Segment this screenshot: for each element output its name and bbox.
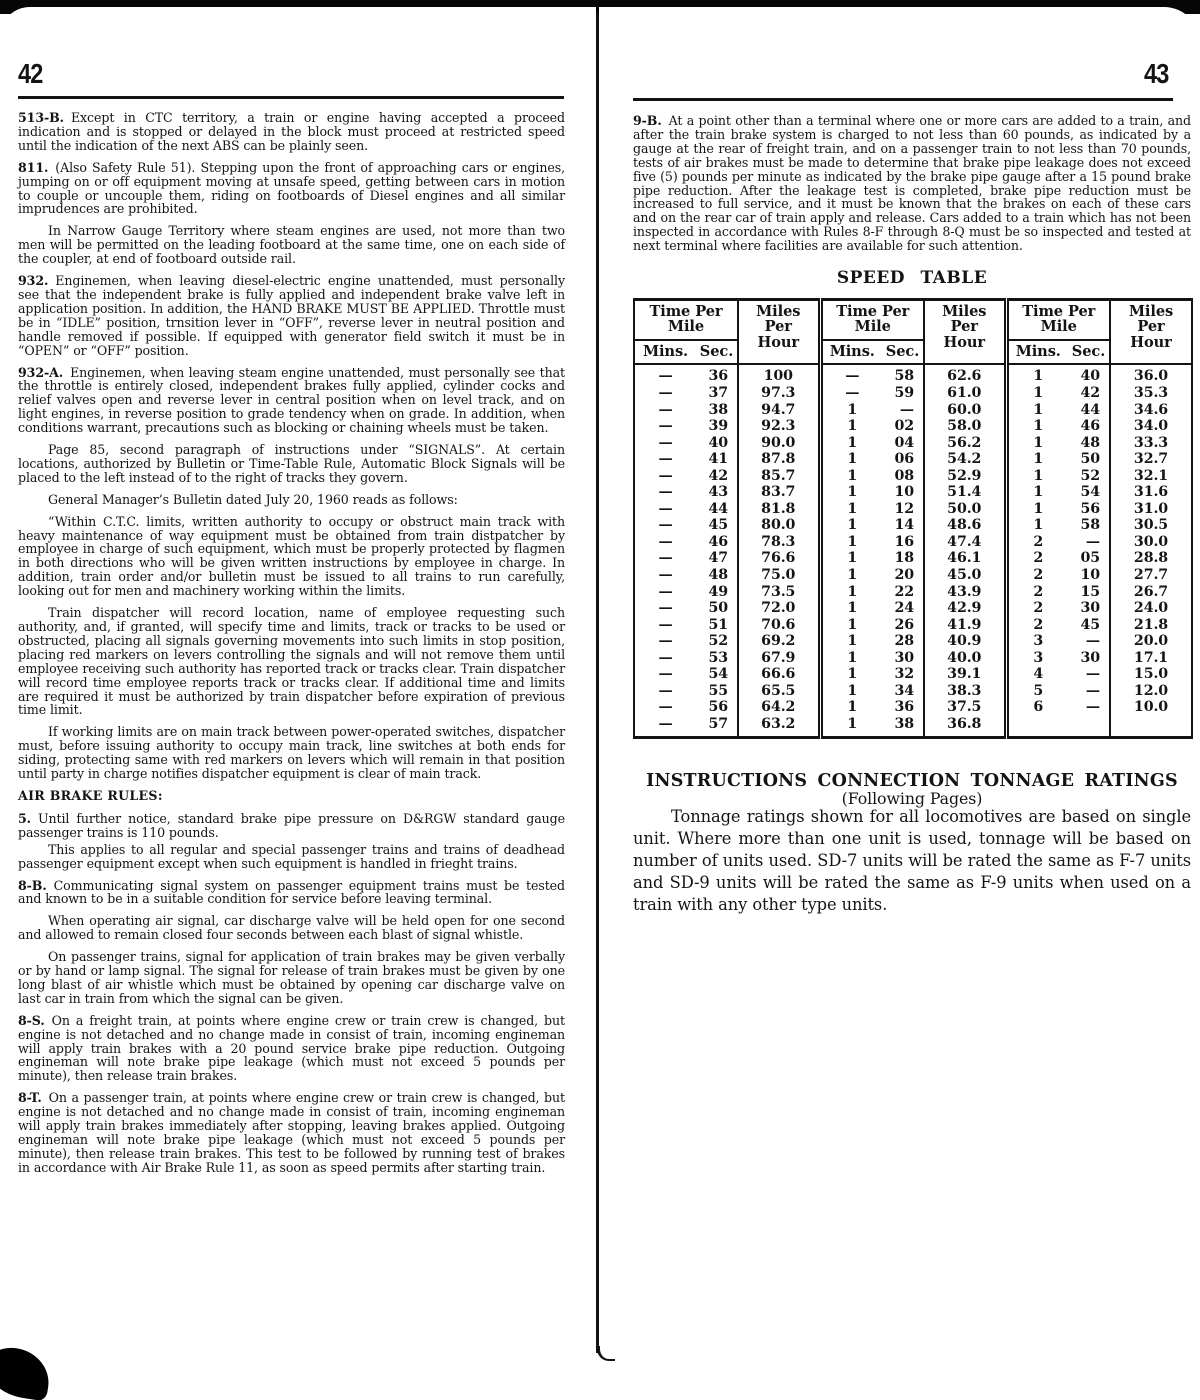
table-cell: 48 — [696, 567, 738, 584]
table-cell: 1 — [1006, 468, 1068, 485]
speed-table: Time PerMile MilesPerHour Time PerMile M… — [633, 298, 1193, 739]
table-cell: 64.2 — [738, 699, 820, 716]
col-header-miles-per-hour: MilesPerHour — [1110, 299, 1192, 364]
table-cell: 53 — [696, 650, 738, 667]
paragraph: On passenger trains, signal for applicat… — [18, 950, 565, 1006]
table-cell: 21.8 — [1110, 617, 1192, 634]
table-cell: 1 — [1006, 451, 1068, 468]
table-cell: — — [634, 567, 696, 584]
rule-number: 932. — [18, 273, 55, 288]
table-cell: — — [634, 666, 696, 683]
table-cell: 47 — [696, 550, 738, 567]
table-cell: 36 — [882, 699, 924, 716]
table-cell: 52 — [1068, 468, 1110, 485]
instructions-paragraph: Tonnage ratings shown for all locomotive… — [633, 806, 1191, 915]
table-row: —5367.913040.033017.1 — [634, 650, 1192, 667]
table-row: —4875.012045.021027.7 — [634, 567, 1192, 584]
table-cell: 46.1 — [924, 550, 1006, 567]
table-cell: 28.8 — [1110, 550, 1192, 567]
instructions-subheading: (Following Pages) — [633, 792, 1191, 806]
page-number-right: 43 — [1144, 58, 1168, 90]
table-cell: 52.9 — [924, 468, 1006, 485]
table-cell: — — [634, 584, 696, 601]
table-cell: 80.0 — [738, 517, 820, 534]
table-row: —36100—5862.614036.0 — [634, 364, 1192, 385]
paragraph: If working limits are on main track betw… — [18, 725, 565, 781]
table-cell: 4 — [1006, 666, 1068, 683]
table-cell: — — [1068, 699, 1110, 716]
col-header-miles-per-hour: MilesPerHour — [924, 299, 1006, 364]
table-cell: 10 — [1068, 567, 1110, 584]
paragraph-text: At a point other than a terminal where o… — [633, 113, 1191, 253]
paragraph: “Within C.T.C. limits, written authority… — [18, 515, 565, 598]
rule-number: 811. — [18, 160, 55, 175]
table-cell: 10 — [882, 484, 924, 501]
table-cell: 30 — [882, 650, 924, 667]
table-cell: 3 — [1006, 633, 1068, 650]
table-row: —4973.512243.921526.7 — [634, 584, 1192, 601]
table-cell: 40.0 — [924, 650, 1006, 667]
table-row: —5763.213836.8 — [634, 716, 1192, 737]
table-cell: 36 — [696, 364, 738, 385]
paragraph: Page 85, second paragraph of instruction… — [18, 443, 565, 485]
paragraph: 932.Enginemen, when leaving diesel-elect… — [18, 274, 565, 357]
table-cell: 1 — [820, 484, 882, 501]
table-cell: 40.9 — [924, 633, 1006, 650]
table-row: —4580.011448.615830.5 — [634, 517, 1192, 534]
table-cell: 39.1 — [924, 666, 1006, 683]
page-number-left: 42 — [18, 58, 42, 90]
scanned-book-spread: 42 43 513-B.Except in CTC territory, a t… — [0, 0, 1200, 1400]
table-cell: 32 — [882, 666, 924, 683]
table-cell: 55 — [696, 683, 738, 700]
instructions-heading: INSTRUCTIONS CONNECTION TONNAGE RATINGS — [633, 775, 1191, 789]
table-cell: 30 — [1068, 650, 1110, 667]
table-cell: 12 — [882, 501, 924, 518]
paragraph-text: (Also Safety Rule 51). Stepping upon the… — [18, 160, 565, 217]
paragraph: Train dispatcher will record location, n… — [18, 606, 565, 717]
table-cell: 08 — [882, 468, 924, 485]
paragraph-text: On a freight train, at points where engi… — [18, 1013, 565, 1084]
table-cell: — — [634, 534, 696, 551]
table-cell: 15 — [1068, 584, 1110, 601]
table-cell: — — [634, 385, 696, 402]
paragraph: 8-S.On a freight train, at points where … — [18, 1014, 565, 1084]
table-cell: 15.0 — [1110, 666, 1192, 683]
table-cell: — — [634, 402, 696, 419]
table-cell: 69.2 — [738, 633, 820, 650]
table-cell: 75.0 — [738, 567, 820, 584]
table-cell: 51.4 — [924, 484, 1006, 501]
paragraph-text: Enginemen, when leaving diesel-electric … — [18, 273, 565, 358]
table-cell: 47.4 — [924, 534, 1006, 551]
table-cell: 1 — [820, 418, 882, 435]
table-cell: 83.7 — [738, 484, 820, 501]
paragraph: 9-B.At a point other than a terminal whe… — [633, 114, 1191, 253]
table-cell: 65.5 — [738, 683, 820, 700]
table-cell: 54 — [1068, 484, 1110, 501]
paragraph: 513-B.Except in CTC territory, a train o… — [18, 111, 565, 153]
col-header-sec: Sec. — [696, 340, 738, 365]
table-cell: 37.5 — [924, 699, 1006, 716]
table-cell: — — [634, 501, 696, 518]
table-cell: 46 — [696, 534, 738, 551]
table-cell: 51 — [696, 617, 738, 634]
col-header-sec: Sec. — [882, 340, 924, 365]
table-cell: 17.1 — [1110, 650, 1192, 667]
table-cell: 1 — [820, 617, 882, 634]
paragraph-text: Until further notice, standard brake pip… — [18, 811, 565, 840]
table-cell: 1 — [1006, 364, 1068, 385]
table-cell: 2 — [1006, 617, 1068, 634]
paragraph: 932-A.Enginemen, when leaving steam engi… — [18, 366, 565, 436]
table-cell: 36.0 — [1110, 364, 1192, 385]
table-cell: 2 — [1006, 550, 1068, 567]
table-cell: — — [634, 364, 696, 385]
section-heading: AIR BRAKE RULES: — [18, 789, 565, 803]
speed-table-title: SPEED TABLE — [633, 272, 1191, 286]
table-cell: 45 — [696, 517, 738, 534]
table-cell: — — [1068, 683, 1110, 700]
table-cell: — — [820, 364, 882, 385]
table-row: —4678.311647.42—30.0 — [634, 534, 1192, 551]
table-cell: 49 — [696, 584, 738, 601]
table-cell: — — [820, 385, 882, 402]
table-row: —4187.810654.215032.7 — [634, 451, 1192, 468]
table-row: —5565.513438.35—12.0 — [634, 683, 1192, 700]
table-cell: 6 — [1006, 699, 1068, 716]
table-cell: 1 — [820, 600, 882, 617]
table-row: —3797.3—5961.014235.3 — [634, 385, 1192, 402]
table-cell: 1 — [820, 550, 882, 567]
paragraph: 8-B.Communicating signal system on passe… — [18, 879, 565, 907]
table-cell: 58 — [1068, 517, 1110, 534]
table-cell: 32.7 — [1110, 451, 1192, 468]
table-cell: 34.6 — [1110, 402, 1192, 419]
col-header-time-per-mile: Time PerMile — [634, 299, 738, 340]
table-cell: 1 — [820, 534, 882, 551]
col-header-time-per-mile: Time PerMile — [820, 299, 924, 340]
table-cell: 40 — [1068, 364, 1110, 385]
table-cell: 30.0 — [1110, 534, 1192, 551]
table-cell: 37 — [696, 385, 738, 402]
table-cell: — — [634, 484, 696, 501]
rule-number: 9-B. — [633, 113, 669, 128]
table-cell: 38.3 — [924, 683, 1006, 700]
table-cell: — — [882, 402, 924, 419]
table-cell: 58.0 — [924, 418, 1006, 435]
table-cell: 34.0 — [1110, 418, 1192, 435]
table-cell: 2 — [1006, 534, 1068, 551]
table-cell: — — [634, 683, 696, 700]
paragraph: In Narrow Gauge Territory where steam en… — [18, 224, 565, 266]
table-cell: — — [634, 716, 696, 737]
table-cell: 62.6 — [924, 364, 1006, 385]
table-cell: 48 — [1068, 435, 1110, 452]
left-page-body: 513-B.Except in CTC territory, a train o… — [18, 111, 565, 1183]
table-cell: 10.0 — [1110, 699, 1192, 716]
table-cell: 52 — [696, 633, 738, 650]
table-cell: 2 — [1006, 567, 1068, 584]
table-cell: 31.6 — [1110, 484, 1192, 501]
table-cell: 1 — [820, 633, 882, 650]
table-cell: 31.0 — [1110, 501, 1192, 518]
table-cell: 26.7 — [1110, 584, 1192, 601]
table-cell: 36.8 — [924, 716, 1006, 737]
table-cell: 87.8 — [738, 451, 820, 468]
speed-table-body: —36100—5862.614036.0—3797.3—5961.014235.… — [634, 364, 1192, 737]
paragraph: This applies to all regular and special … — [18, 843, 565, 871]
table-cell: 40 — [696, 435, 738, 452]
rule-number: 8-T. — [18, 1090, 49, 1105]
paragraph: General Manager’s Bulletin dated July 20… — [18, 493, 565, 507]
table-cell: 1 — [820, 666, 882, 683]
table-cell: 1 — [820, 716, 882, 737]
table-cell: — — [634, 600, 696, 617]
table-cell: 06 — [882, 451, 924, 468]
table-cell: 66.6 — [738, 666, 820, 683]
table-cell: 27.7 — [1110, 567, 1192, 584]
table-cell: 78.3 — [738, 534, 820, 551]
paragraph-text: Except in CTC territory, a train or engi… — [18, 110, 565, 153]
table-cell: — — [1068, 534, 1110, 551]
table-cell: 60.0 — [924, 402, 1006, 419]
rule-number: 513-B. — [18, 110, 71, 125]
paragraph-text: Communicating signal system on passenger… — [18, 878, 565, 907]
table-cell: 33.3 — [1110, 435, 1192, 452]
speed-table-header: Time PerMile MilesPerHour Time PerMile M… — [634, 299, 1192, 364]
table-cell: 34 — [882, 683, 924, 700]
table-row: —3894.71—60.014434.6 — [634, 402, 1192, 419]
table-cell: 02 — [882, 418, 924, 435]
table-cell: 2 — [1006, 600, 1068, 617]
table-cell: 3 — [1006, 650, 1068, 667]
right-page-body: 9-B.At a point other than a terminal whe… — [633, 114, 1191, 923]
table-cell: 1 — [820, 501, 882, 518]
table-cell: 67.9 — [738, 650, 820, 667]
table-cell: 50 — [1068, 451, 1110, 468]
table-cell: 1 — [1006, 418, 1068, 435]
table-cell: 2 — [1006, 584, 1068, 601]
table-row: —5170.612641.924521.8 — [634, 617, 1192, 634]
table-cell: — — [634, 468, 696, 485]
table-cell: 1 — [820, 402, 882, 419]
table-row: —5072.012442.923024.0 — [634, 600, 1192, 617]
table-cell: 90.0 — [738, 435, 820, 452]
table-cell: 35.3 — [1110, 385, 1192, 402]
table-cell: 28 — [882, 633, 924, 650]
table-cell: — — [1068, 633, 1110, 650]
paragraph: 8-T.On a passenger train, at points wher… — [18, 1091, 565, 1174]
table-cell: 1 — [820, 584, 882, 601]
table-cell — [1068, 716, 1110, 737]
table-cell: — — [634, 517, 696, 534]
table-cell: 57 — [696, 716, 738, 737]
table-cell: 43.9 — [924, 584, 1006, 601]
paragraph: 5.Until further notice, standard brake p… — [18, 812, 565, 840]
table-cell: 24 — [882, 600, 924, 617]
col-header-sec: Sec. — [1068, 340, 1110, 365]
table-row: —4383.711051.415431.6 — [634, 484, 1192, 501]
table-cell: 54 — [696, 666, 738, 683]
table-cell: 50.0 — [924, 501, 1006, 518]
table-cell: 04 — [882, 435, 924, 452]
table-cell: 1 — [1006, 385, 1068, 402]
table-cell: 38 — [882, 716, 924, 737]
table-row: —4285.710852.915232.1 — [634, 468, 1192, 485]
table-cell: 97.3 — [738, 385, 820, 402]
rule-number: 932-A. — [18, 365, 70, 380]
table-row: —5664.213637.56—10.0 — [634, 699, 1192, 716]
table-cell: 1 — [820, 435, 882, 452]
table-cell: 1 — [1006, 435, 1068, 452]
paragraph: 811.(Also Safety Rule 51). Stepping upon… — [18, 161, 565, 217]
table-cell: 63.2 — [738, 716, 820, 737]
table-cell: 56 — [1068, 501, 1110, 518]
table-cell: 42.9 — [924, 600, 1006, 617]
page-gutter-line — [596, 13, 599, 1353]
table-cell: 72.0 — [738, 600, 820, 617]
table-cell: 48.6 — [924, 517, 1006, 534]
table-cell: 100 — [738, 364, 820, 385]
table-cell: — — [634, 418, 696, 435]
header-rule-left — [18, 96, 564, 99]
rule-number: 5. — [18, 811, 38, 826]
table-cell: 42 — [1068, 385, 1110, 402]
table-cell: 44 — [696, 501, 738, 518]
table-cell: 22 — [882, 584, 924, 601]
table-row: —3992.310258.014634.0 — [634, 418, 1192, 435]
table-cell: 20.0 — [1110, 633, 1192, 650]
paragraph-text: Enginemen, when leaving steam engine una… — [18, 365, 565, 436]
table-row: —4090.010456.214833.3 — [634, 435, 1192, 452]
table-cell: 76.6 — [738, 550, 820, 567]
table-cell: 85.7 — [738, 468, 820, 485]
table-cell: — — [634, 435, 696, 452]
table-cell: 1 — [1006, 484, 1068, 501]
table-cell: — — [634, 550, 696, 567]
table-row: —4481.811250.015631.0 — [634, 501, 1192, 518]
table-cell: 24.0 — [1110, 600, 1192, 617]
table-cell: 26 — [882, 617, 924, 634]
table-cell: 05 — [1068, 550, 1110, 567]
table-cell: 20 — [882, 567, 924, 584]
table-cell: — — [634, 617, 696, 634]
table-cell: 70.6 — [738, 617, 820, 634]
table-cell: 1 — [1006, 402, 1068, 419]
table-cell: 1 — [820, 468, 882, 485]
table-cell: 56 — [696, 699, 738, 716]
col-header-mins: Mins. — [820, 340, 882, 365]
table-cell: 1 — [820, 650, 882, 667]
table-cell: 12.0 — [1110, 683, 1192, 700]
table-cell: 73.5 — [738, 584, 820, 601]
table-cell: 30.5 — [1110, 517, 1192, 534]
table-cell: 46 — [1068, 418, 1110, 435]
table-cell: 45 — [1068, 617, 1110, 634]
paragraph: When operating air signal, car discharge… — [18, 914, 565, 942]
table-cell: 58 — [882, 364, 924, 385]
rule-number: 8-S. — [18, 1013, 52, 1028]
col-header-miles-per-hour: MilesPerHour — [738, 299, 820, 364]
header-rule-right — [633, 98, 1173, 101]
table-cell: 1 — [820, 683, 882, 700]
table-cell: 44 — [1068, 402, 1110, 419]
table-cell: — — [634, 633, 696, 650]
table-cell: 32.1 — [1110, 468, 1192, 485]
table-cell: — — [634, 650, 696, 667]
table-cell: 81.8 — [738, 501, 820, 518]
table-cell: — — [1068, 666, 1110, 683]
col-header-mins: Mins. — [634, 340, 696, 365]
paragraph-text: On a passenger train, at points where en… — [18, 1090, 565, 1175]
table-cell: — — [634, 451, 696, 468]
table-row: —5466.613239.14—15.0 — [634, 666, 1192, 683]
table-cell: 42 — [696, 468, 738, 485]
table-cell: 41.9 — [924, 617, 1006, 634]
table-cell: — — [634, 699, 696, 716]
table-cell: 54.2 — [924, 451, 1006, 468]
table-cell: 38 — [696, 402, 738, 419]
table-cell: 45.0 — [924, 567, 1006, 584]
table-cell: 1 — [1006, 501, 1068, 518]
table-cell: 1 — [820, 517, 882, 534]
table-cell: 94.7 — [738, 402, 820, 419]
col-header-mins: Mins. — [1006, 340, 1068, 365]
table-cell: 56.2 — [924, 435, 1006, 452]
table-cell: 1 — [820, 699, 882, 716]
col-header-time-per-mile: Time PerMile — [1006, 299, 1110, 340]
table-cell: 16 — [882, 534, 924, 551]
table-cell: 14 — [882, 517, 924, 534]
table-cell — [1006, 716, 1068, 737]
table-cell — [1110, 716, 1192, 737]
rule-number: 8-B. — [18, 878, 54, 893]
table-cell: 92.3 — [738, 418, 820, 435]
table-cell: 18 — [882, 550, 924, 567]
table-row: —5269.212840.93—20.0 — [634, 633, 1192, 650]
table-cell: 61.0 — [924, 385, 1006, 402]
table-cell: 59 — [882, 385, 924, 402]
table-cell: 43 — [696, 484, 738, 501]
table-cell: 50 — [696, 600, 738, 617]
table-row: —4776.611846.120528.8 — [634, 550, 1192, 567]
table-cell: 39 — [696, 418, 738, 435]
table-cell: 5 — [1006, 683, 1068, 700]
table-cell: 1 — [1006, 517, 1068, 534]
table-cell: 41 — [696, 451, 738, 468]
table-cell: 1 — [820, 451, 882, 468]
table-cell: 1 — [820, 567, 882, 584]
table-cell: 30 — [1068, 600, 1110, 617]
